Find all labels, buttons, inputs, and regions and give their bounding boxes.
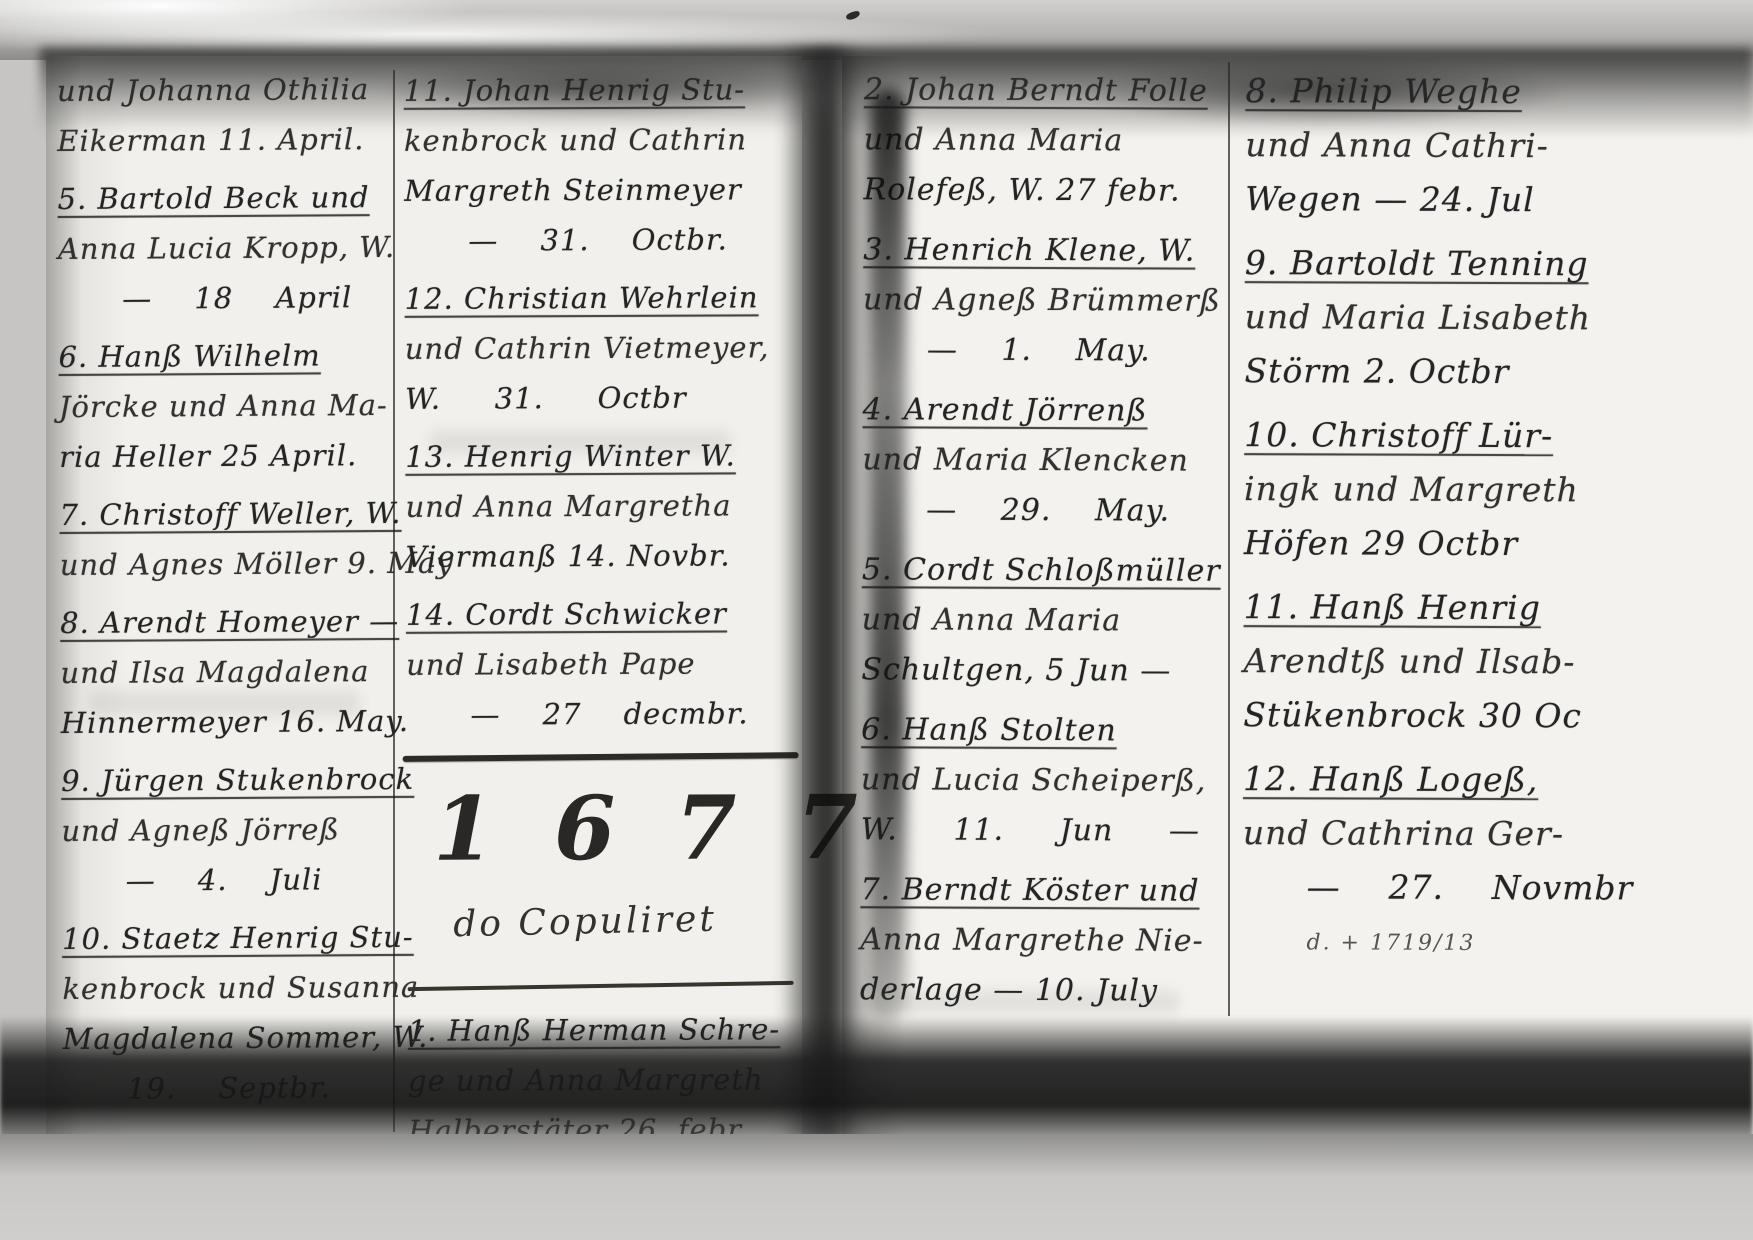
- register-entry: 9. Bartoldt Tenningund Maria LisabethStö…: [1244, 237, 1753, 401]
- book-gutter-shadow: [780, 48, 860, 1140]
- entry-line: Stükenbrock 30 Oc: [1243, 689, 1753, 745]
- entry-line: 5. Bartold Beck und: [57, 173, 389, 225]
- entry-line: 6. Hanß Wilhelm: [58, 331, 390, 383]
- register-entry: 12. Christian Wehrleinund Cathrin Vietme…: [405, 273, 802, 425]
- register-entry: 14. Cordt Schwickerund Lisabeth Pape— 27…: [406, 589, 803, 741]
- entry-line: 7. Christoff Weller, W.: [59, 489, 391, 541]
- entry-line: 4. Arendt Jörrenß: [862, 385, 1224, 437]
- entry-line: Rolefeß, W. 27 febr.: [863, 165, 1225, 217]
- entry-line: Anna Lucia Kropp, W.: [58, 223, 390, 275]
- entry-line: — 4. Juli: [62, 855, 394, 907]
- entry-line: 9. Bartoldt Tenning: [1245, 237, 1753, 293]
- pencil-annotation: d. + 1719/13: [1242, 925, 1753, 967]
- register-column-2: 11. Johan Henrig Stu-kenbrock und Cathri…: [404, 65, 805, 1165]
- entry-line: Schultgen, 5 Jun —: [861, 645, 1223, 697]
- entry-line: — 1. May.: [863, 325, 1225, 377]
- entry-line: Margreth Steinmeyer: [404, 165, 800, 217]
- register-entry: 5. Bartold Beck undAnna Lucia Kropp, W.—…: [57, 173, 390, 325]
- register-column-1: und Johanna OthiliaEikerman 11. April.5.…: [57, 65, 395, 1123]
- entry-line: — 18 April: [58, 273, 390, 325]
- entry-line: ingk und Margreth: [1244, 463, 1753, 519]
- entry-line: und Cathrina Ger-: [1243, 807, 1753, 863]
- entry-line: 10. Christoff Lür-: [1244, 409, 1753, 465]
- entry-line: 10. Staetz Henrig Stu-: [62, 913, 394, 965]
- entry-line: W. 31. Octbr: [405, 373, 801, 425]
- entries-1677-left: 2. Johan Berndt Folleund Anna MariaRolef…: [860, 65, 1226, 1017]
- entries-1676-left: und Johanna OthiliaEikerman 11. April.5.…: [57, 65, 395, 1115]
- entry-line: und Agneß Jörreß: [61, 805, 393, 857]
- entry-line: und Maria Klencken: [862, 435, 1224, 487]
- register-entry: 13. Henrig Winter W.und Anna MargrethaVi…: [405, 431, 802, 583]
- entry-line: Anna Margrethe Nie-: [860, 915, 1222, 967]
- entry-line: 11. Hanß Henrig: [1244, 581, 1753, 637]
- entry-line: und Anna Maria: [862, 595, 1224, 647]
- register-entry: 10. Christoff Lür-ingk und MargrethHöfen…: [1244, 409, 1753, 573]
- register-entry: 11. Hanß HenrigArendtß und Ilsab-Stükenb…: [1243, 581, 1753, 745]
- page-margin-stain: [870, 88, 906, 1020]
- entry-line: und Lucia Scheiperß,: [861, 755, 1223, 807]
- register-column-4: 8. Philip Wegheund Anna Cathri-Wegen — 2…: [1242, 65, 1753, 967]
- entry-line: — 31. Octbr.: [404, 215, 800, 267]
- entries-1676-right: 11. Johan Henrig Stu-kenbrock und Cathri…: [404, 65, 803, 741]
- entry-line: 13. Henrig Winter W.: [405, 431, 801, 483]
- entry-line: Höfen 29 Octbr: [1244, 517, 1753, 573]
- entry-line: und Anna Margretha: [405, 481, 801, 533]
- register-entry: 5. Cordt Schloßmüllerund Anna MariaSchul…: [861, 545, 1224, 697]
- entry-line: 8. Arendt Homeyer —: [60, 597, 392, 649]
- entries-1677-right: 8. Philip Wegheund Anna Cathri-Wegen — 2…: [1243, 65, 1753, 917]
- register-entry: 7. Berndt Köster undAnna Margrethe Nie-d…: [860, 865, 1223, 1017]
- entry-line: Wegen — 24. Jul: [1245, 173, 1753, 229]
- entry-line: — 29. May.: [862, 485, 1224, 537]
- entry-line: — 27 decmbr.: [406, 689, 802, 741]
- register-entry: 6. Hanß Stoltenund Lucia Scheiperß,W. 11…: [861, 705, 1224, 857]
- register-entry: 8. Arendt Homeyer —und Ilsa MagdalenaHin…: [60, 597, 393, 749]
- entry-line: und Ilsa Magdalena: [60, 647, 392, 699]
- register-entry: 7. Christoff Weller, W.und Agnes Möller …: [59, 489, 392, 591]
- entry-line: derlage — 10. July: [860, 965, 1222, 1017]
- top-edge-smudge: [40, 48, 1753, 134]
- bottom-edge-shadow: [0, 1016, 1753, 1140]
- entry-line: und Maria Lisabeth: [1245, 291, 1753, 347]
- entry-line: 12. Hanß Logeß,: [1243, 753, 1753, 809]
- entry-line: 14. Cordt Schwicker: [406, 589, 802, 641]
- entry-line: Störm 2. Octbr: [1244, 345, 1753, 401]
- entry-line: 6. Hanß Stolten: [861, 705, 1223, 757]
- entry-line: Hinnermeyer 16. May.: [61, 697, 393, 749]
- register-entry: 9. Jürgen Stukenbrockund Agneß Jörreß— 4…: [61, 755, 394, 907]
- entry-line: Arendtß und Ilsab-: [1243, 635, 1753, 691]
- scanner-edge-bottom: [0, 1134, 1753, 1240]
- flourish-rule: [408, 981, 794, 991]
- entry-line: Jörcke und Anna Ma-: [59, 381, 391, 433]
- entry-line: 7. Berndt Köster und: [860, 865, 1222, 917]
- year-divider-rule: [403, 752, 799, 762]
- entry-line: W. 11. Jun —: [861, 805, 1223, 857]
- entry-line: und Agneß Brümmerß: [863, 275, 1225, 327]
- register-entry: 3. Henrich Klene, W.und Agneß Brümmerß— …: [863, 225, 1226, 377]
- year-section: 1677 do Copuliret: [407, 753, 804, 989]
- entry-line: 5. Cordt Schloßmüller: [862, 545, 1224, 597]
- entry-line: 12. Christian Wehrlein: [405, 273, 801, 325]
- entry-line: kenbrock und Susanna: [62, 963, 394, 1015]
- entry-line: und Lisabeth Pape: [406, 639, 802, 691]
- column-divider-right-page: [1228, 62, 1230, 1016]
- register-entry: 6. Hanß WilhelmJörcke und Anna Ma-ria He…: [58, 331, 391, 483]
- entry-line: und Cathrin Vietmeyer,: [405, 323, 801, 375]
- church-register-scan: und Johanna OthiliaEikerman 11. April.5.…: [0, 0, 1753, 1240]
- year-heading: 1677: [407, 769, 804, 893]
- entry-line: — 27. Novmbr: [1243, 861, 1753, 917]
- register-column-3: 2. Johan Berndt Folleund Anna MariaRolef…: [860, 65, 1226, 1027]
- entry-line: und Agnes Möller 9. May: [60, 539, 392, 591]
- year-caption: do Copuliret: [407, 888, 804, 969]
- entry-line: 9. Jürgen Stukenbrock: [61, 755, 393, 807]
- entry-line: Viermanß 14. Novbr.: [406, 531, 802, 583]
- register-entry: 12. Hanß Logeß,und Cathrina Ger-— 27. No…: [1243, 753, 1753, 917]
- register-entry: 4. Arendt Jörrenßund Maria Klencken— 29.…: [862, 385, 1225, 537]
- entry-line: ria Heller 25 April.: [59, 431, 391, 483]
- entry-line: 3. Henrich Klene, W.: [863, 225, 1225, 277]
